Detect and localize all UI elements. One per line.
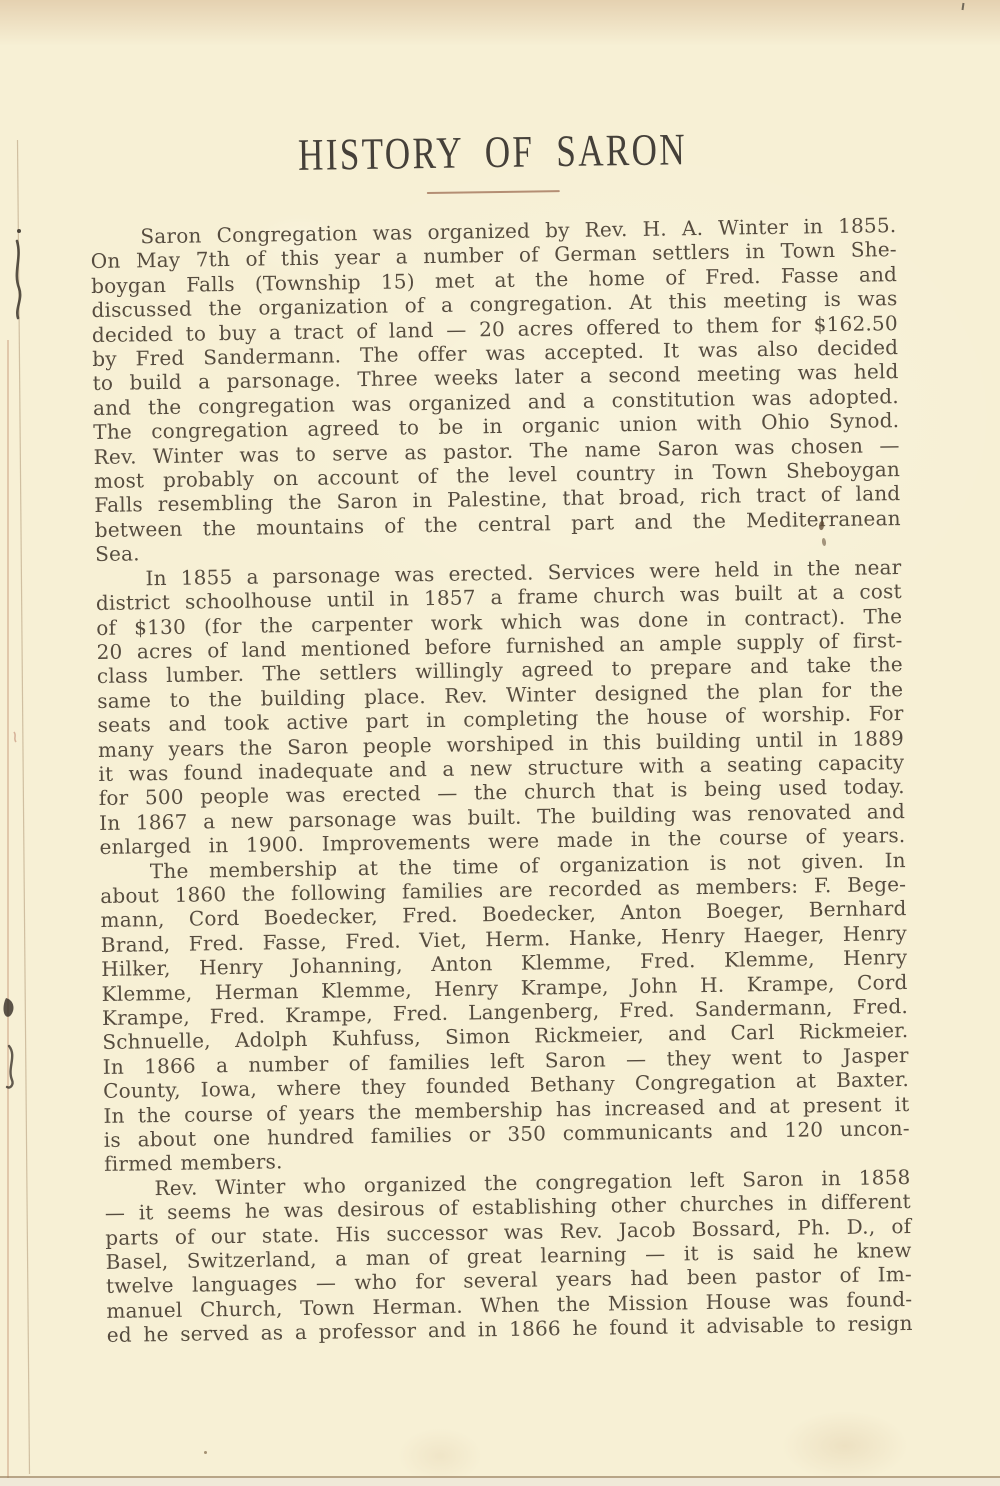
binding-mark [3, 998, 13, 1017]
margin-mark [14, 732, 16, 742]
binding-mark [17, 229, 21, 233]
page-binding-edge [0, 0, 40, 1486]
body-text: Saron Congregation was organized by Rev.… [90, 213, 913, 1348]
binding-mark [17, 241, 20, 318]
title-rule [426, 190, 559, 194]
paragraph-1: Saron Congregation was organized by Rev.… [90, 213, 901, 567]
document-content: HISTORY OF SARON Saron Congregation was … [89, 126, 913, 1348]
paragraph-2: In 1855 a parsonage was erected. Service… [95, 555, 905, 860]
below-page-area [0, 1478, 1000, 1486]
paragraph-4: Rev. Winter who organized the congregati… [104, 1165, 912, 1348]
top-edge-shadow [0, 0, 1000, 46]
title-row: HISTORY OF SARON [89, 126, 896, 178]
binding-mark [7, 1046, 13, 1088]
page-title: HISTORY OF SARON [297, 129, 686, 175]
paragraph-3: The membership at the time of organizati… [100, 848, 911, 1177]
scanned-page: HISTORY OF SARON Saron Congregation was … [0, 0, 1000, 1486]
scan-speck [204, 1451, 207, 1454]
